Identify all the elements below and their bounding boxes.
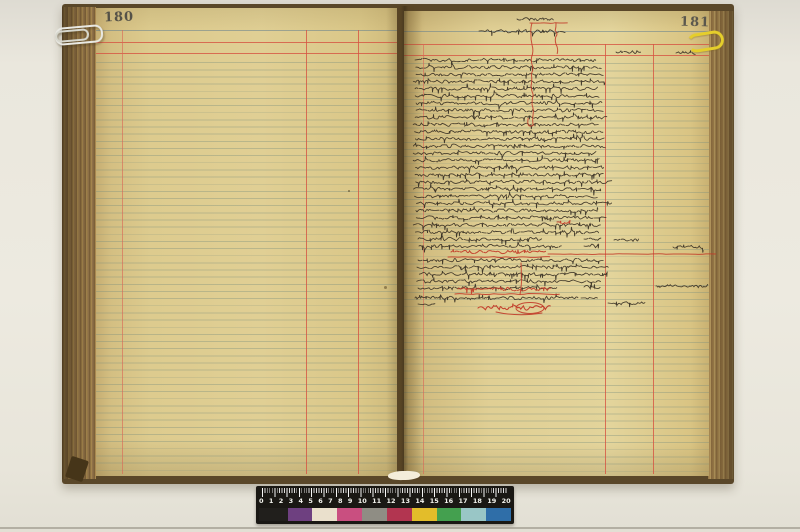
left-page-column-rule-1 — [306, 30, 307, 474]
ruler-number: 1 — [269, 497, 274, 506]
right-page-margin-rule — [423, 44, 424, 474]
color-patch — [337, 508, 362, 521]
right-page-header-line — [404, 31, 709, 32]
ruler-number: 12 — [387, 497, 396, 506]
left-page-stack-shading — [62, 7, 96, 479]
ruler-number: 13 — [401, 497, 410, 506]
ruler-number: 7 — [328, 497, 333, 506]
left-page-red-rule-top-2 — [96, 53, 397, 54]
ruler-cm-numbers: 01234567891011121314151617181920 — [259, 497, 511, 506]
color-patch — [486, 508, 511, 521]
color-patch — [259, 508, 288, 521]
ruler-number: 14 — [415, 497, 424, 506]
right-page: 181 — [404, 11, 709, 476]
book-gutter-shadow — [386, 6, 422, 480]
color-patch — [312, 508, 337, 521]
ruler-number: 11 — [372, 497, 381, 506]
right-page-feint-lines — [404, 57, 709, 474]
ruler-number: 4 — [299, 497, 304, 506]
right-page-column-rule-1 — [605, 44, 606, 474]
left-page-red-rule-top-1 — [96, 42, 397, 43]
left-page-margin-rule — [122, 30, 123, 474]
ruler-number: 17 — [458, 497, 467, 506]
color-calibration-ruler: 01234567891011121314151617181920 — [256, 486, 514, 524]
ruler-number: 20 — [502, 497, 511, 506]
right-page-column-rule-2 — [653, 44, 654, 474]
ruler-color-patches — [259, 508, 511, 521]
color-patch — [362, 508, 387, 521]
ruler-number: 16 — [444, 497, 453, 506]
left-page-number-stamp: 180 — [104, 10, 135, 26]
color-patch — [437, 508, 462, 521]
scanner-bed-edge-line — [0, 527, 800, 529]
color-patch — [387, 508, 412, 521]
ruler-number: 5 — [308, 497, 313, 506]
left-page-column-rule-2 — [358, 30, 359, 474]
color-patch — [412, 508, 437, 521]
right-page-red-rule-top-1 — [404, 44, 709, 45]
ruler-number: 10 — [358, 497, 367, 506]
color-patch — [461, 508, 486, 521]
ruler-number: 2 — [279, 497, 284, 506]
right-page-number-stamp: 181 — [680, 15, 711, 31]
ruler-number: 15 — [430, 497, 439, 506]
ruler-number: 19 — [487, 497, 496, 506]
right-page-stack-shading — [708, 11, 734, 479]
ruler-minor-ticks — [262, 488, 508, 493]
ruler-number: 3 — [289, 497, 294, 506]
left-page-header-line — [96, 30, 397, 31]
archival-photo-open-ledger: 180 181 01234567891011121314151617181920 — [0, 0, 800, 532]
ruler-number: 0 — [259, 497, 264, 506]
color-patch — [288, 508, 313, 521]
left-page: 180 — [96, 8, 397, 476]
ruler-number: 6 — [318, 497, 323, 506]
metal-paper-clip — [54, 24, 103, 45]
ruler-number: 8 — [338, 497, 343, 506]
ruler-number: 18 — [473, 497, 482, 506]
left-page-feint-lines — [96, 56, 397, 474]
ink-speck — [348, 190, 350, 192]
ruler-number: 9 — [348, 497, 353, 506]
right-page-red-rule-top-2 — [404, 55, 709, 56]
